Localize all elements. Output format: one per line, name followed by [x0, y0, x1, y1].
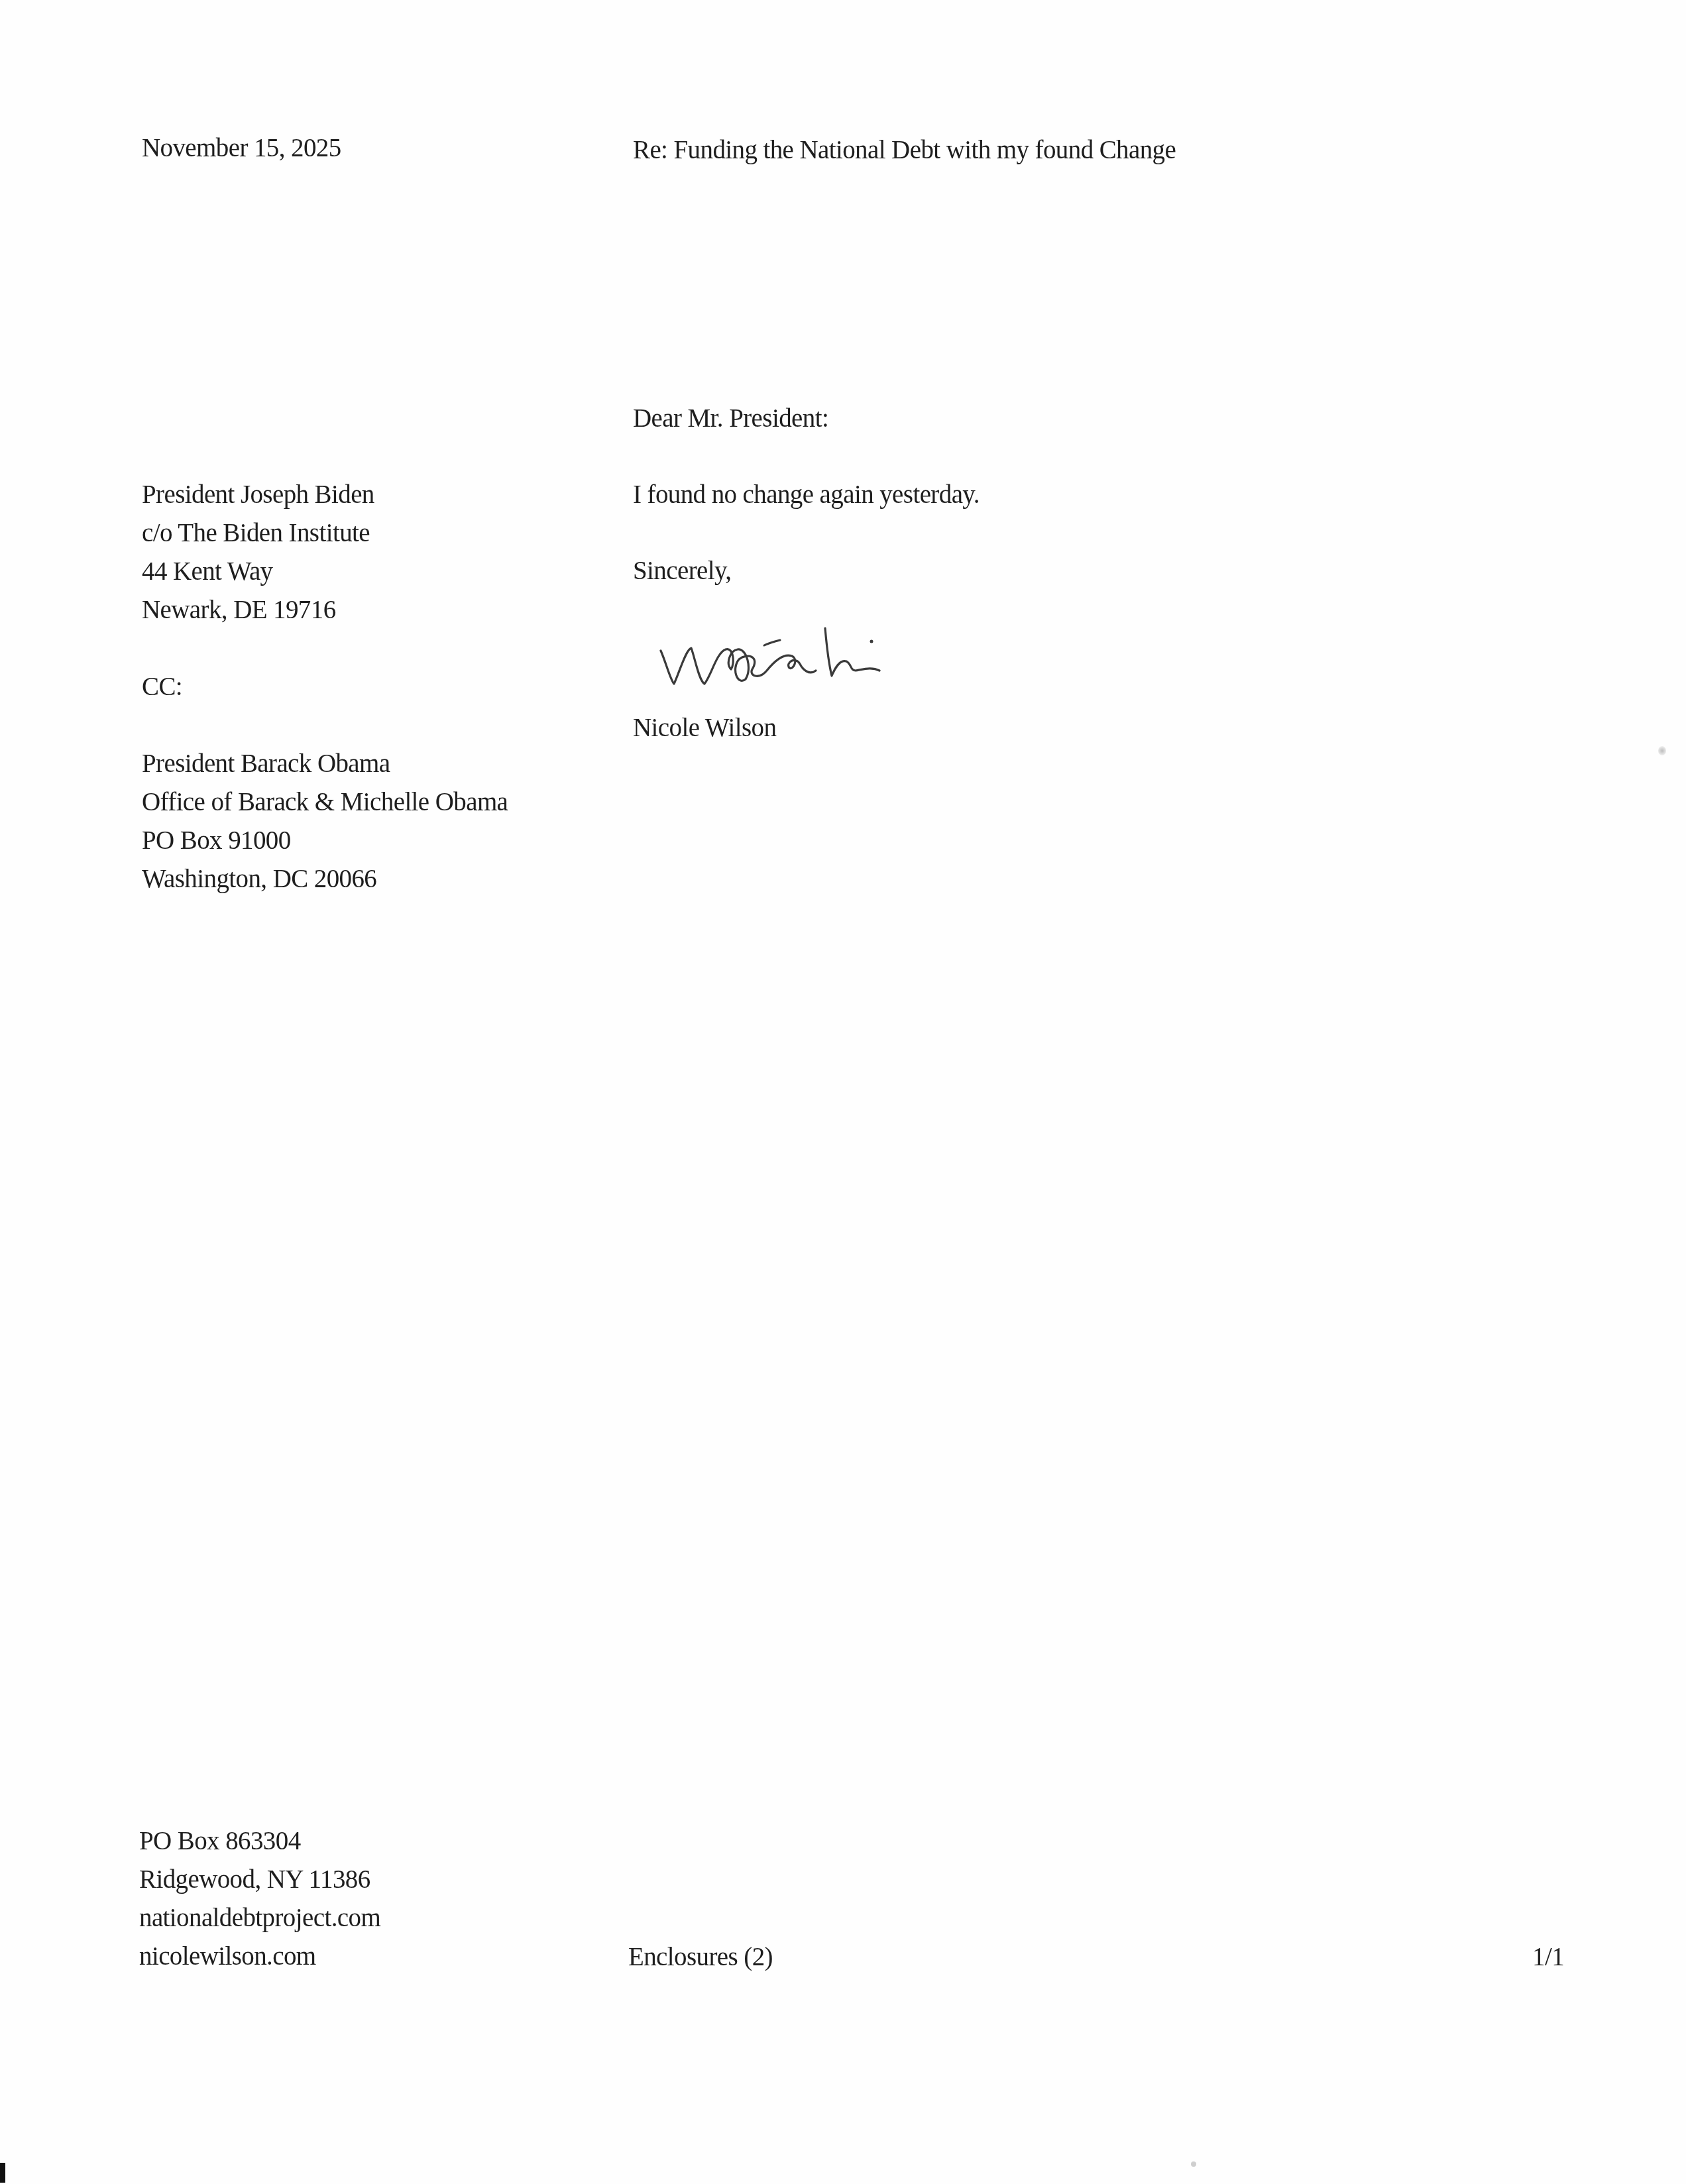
cc-recipient-city: Washington, DC 20066 [142, 860, 508, 899]
sender-city: Ridgewood, NY 11386 [139, 1861, 380, 1899]
cc-label: CC: [142, 668, 182, 706]
recipient-street: 44 Kent Way [142, 553, 374, 591]
cc-recipient-name: President Barack Obama [142, 745, 508, 783]
handwritten-signature-icon [653, 623, 971, 696]
recipient-city: Newark, DE 19716 [142, 591, 374, 629]
letter-closing: Sincerely, [633, 552, 732, 590]
enclosures-note: Enclosures (2) [628, 1938, 773, 1977]
letter-page: November 15, 2025 Re: Funding the Nation… [0, 0, 1686, 2184]
cc-recipient-office: Office of Barack & Michelle Obama [142, 783, 508, 822]
letter-subject: Re: Funding the National Debt with my fo… [633, 131, 1176, 170]
cc-recipient-address: President Barack Obama Office of Barack … [142, 745, 508, 899]
cc-recipient-pobox: PO Box 91000 [142, 822, 508, 860]
letter-body: I found no change again yesterday. [633, 476, 980, 514]
sender-pobox: PO Box 863304 [139, 1822, 380, 1861]
signer-name: Nicole Wilson [633, 709, 776, 747]
page-number: 1/1 [1532, 1938, 1564, 1977]
salutation: Dear Mr. President: [633, 400, 828, 438]
sender-address: PO Box 863304 Ridgewood, NY 11386 nation… [139, 1822, 380, 1976]
scan-edge-mark [0, 2163, 5, 2183]
recipient-address: President Joseph Biden c/o The Biden Ins… [142, 476, 374, 629]
recipient-name: President Joseph Biden [142, 476, 374, 514]
sender-website-personal: nicolewilson.com [139, 1938, 380, 1976]
scan-speck [1191, 2161, 1196, 2167]
sender-website-project: nationaldebtproject.com [139, 1899, 380, 1938]
letter-date: November 15, 2025 [142, 129, 341, 168]
recipient-line: c/o The Biden Institute [142, 514, 374, 553]
scan-speck [1658, 746, 1666, 755]
